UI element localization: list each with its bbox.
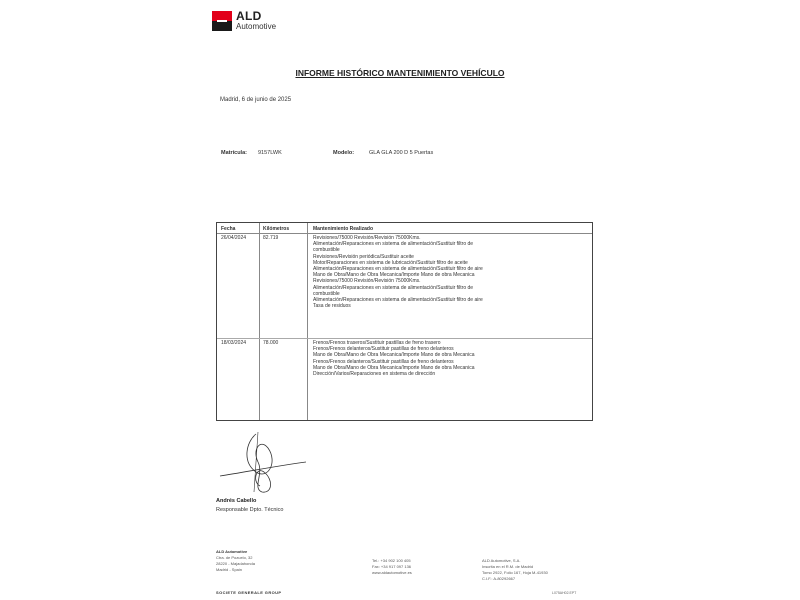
footer-address-line: Madrid - Spain [216, 567, 255, 573]
signatory-role: Responsable Dpto. Técnico [216, 507, 283, 513]
row-maintenance: Revisiones/75000 Revisión/Revisión 75000… [313, 235, 483, 309]
header-date: Fecha [221, 226, 235, 232]
maintenance-item: Dirección/Varios/Reparaciones en sistema… [313, 371, 474, 377]
footer-address: ALD Automotive Ctra. de Pozuelo, 32 2822… [216, 549, 255, 573]
maintenance-item: Alimentación/Reparaciones en sistema de … [313, 285, 483, 291]
logo-mark-icon [212, 11, 232, 31]
column-divider [307, 223, 308, 420]
signature-image [216, 432, 308, 494]
footer-legal: ALD Automotive, S.A. Inscrita en el R.M.… [482, 558, 548, 582]
footer-legal-line: C.I.F.: A-80292667 [482, 576, 548, 582]
signatory-name: Andrés Cabello [216, 498, 256, 504]
column-divider [259, 223, 260, 420]
row-maintenance: Frenos/Frenos traseros/Sustituir pastill… [313, 340, 474, 377]
report-title: INFORME HISTÓRICO MANTENIMIENTO VEHÍCULO [0, 68, 800, 78]
maintenance-table: Fecha Kilómetros Mantenimiento Realizado… [216, 222, 593, 421]
logo-brand-name: ALD [236, 10, 276, 22]
header-km: Kilómetros [263, 226, 289, 232]
header-maintenance: Mantenimiento Realizado [313, 226, 373, 232]
report-date: Madrid, 6 de junio de 2025 [220, 97, 291, 103]
row-divider [217, 338, 592, 339]
row-km: 82.719 [263, 235, 278, 241]
maintenance-item: Mano de Obra/Mano de Obra Mecanica/Impor… [313, 352, 474, 358]
row-date: 18/03/2024 [221, 340, 246, 346]
footer-contact: Tel.: +34 902 100 405 Fax: +34 917 097 1… [372, 558, 412, 576]
model-value: GLA GLA 200 D 5 Puertas [369, 150, 433, 156]
header-divider [217, 233, 592, 234]
ald-automotive-logo: ALD Automotive [212, 10, 276, 31]
footer-group-name: SOCIETE GENERALE GROUP [216, 590, 281, 595]
plate-label: Matrícula: [221, 150, 247, 156]
row-km: 78.000 [263, 340, 278, 346]
logo-brand-subtitle: Automotive [236, 23, 276, 31]
footer-document-code: L075AH02.EPT [552, 591, 576, 595]
footer-website: www.aldautomotive.es [372, 570, 412, 576]
model-label: Modelo: [333, 150, 354, 156]
row-date: 26/04/2024 [221, 235, 246, 241]
maintenance-item: Tasa de residuos [313, 303, 483, 309]
plate-value: 9157LWK [258, 150, 282, 156]
maintenance-item: Frenos/Frenos delanteros/Sustituir pasti… [313, 359, 474, 365]
